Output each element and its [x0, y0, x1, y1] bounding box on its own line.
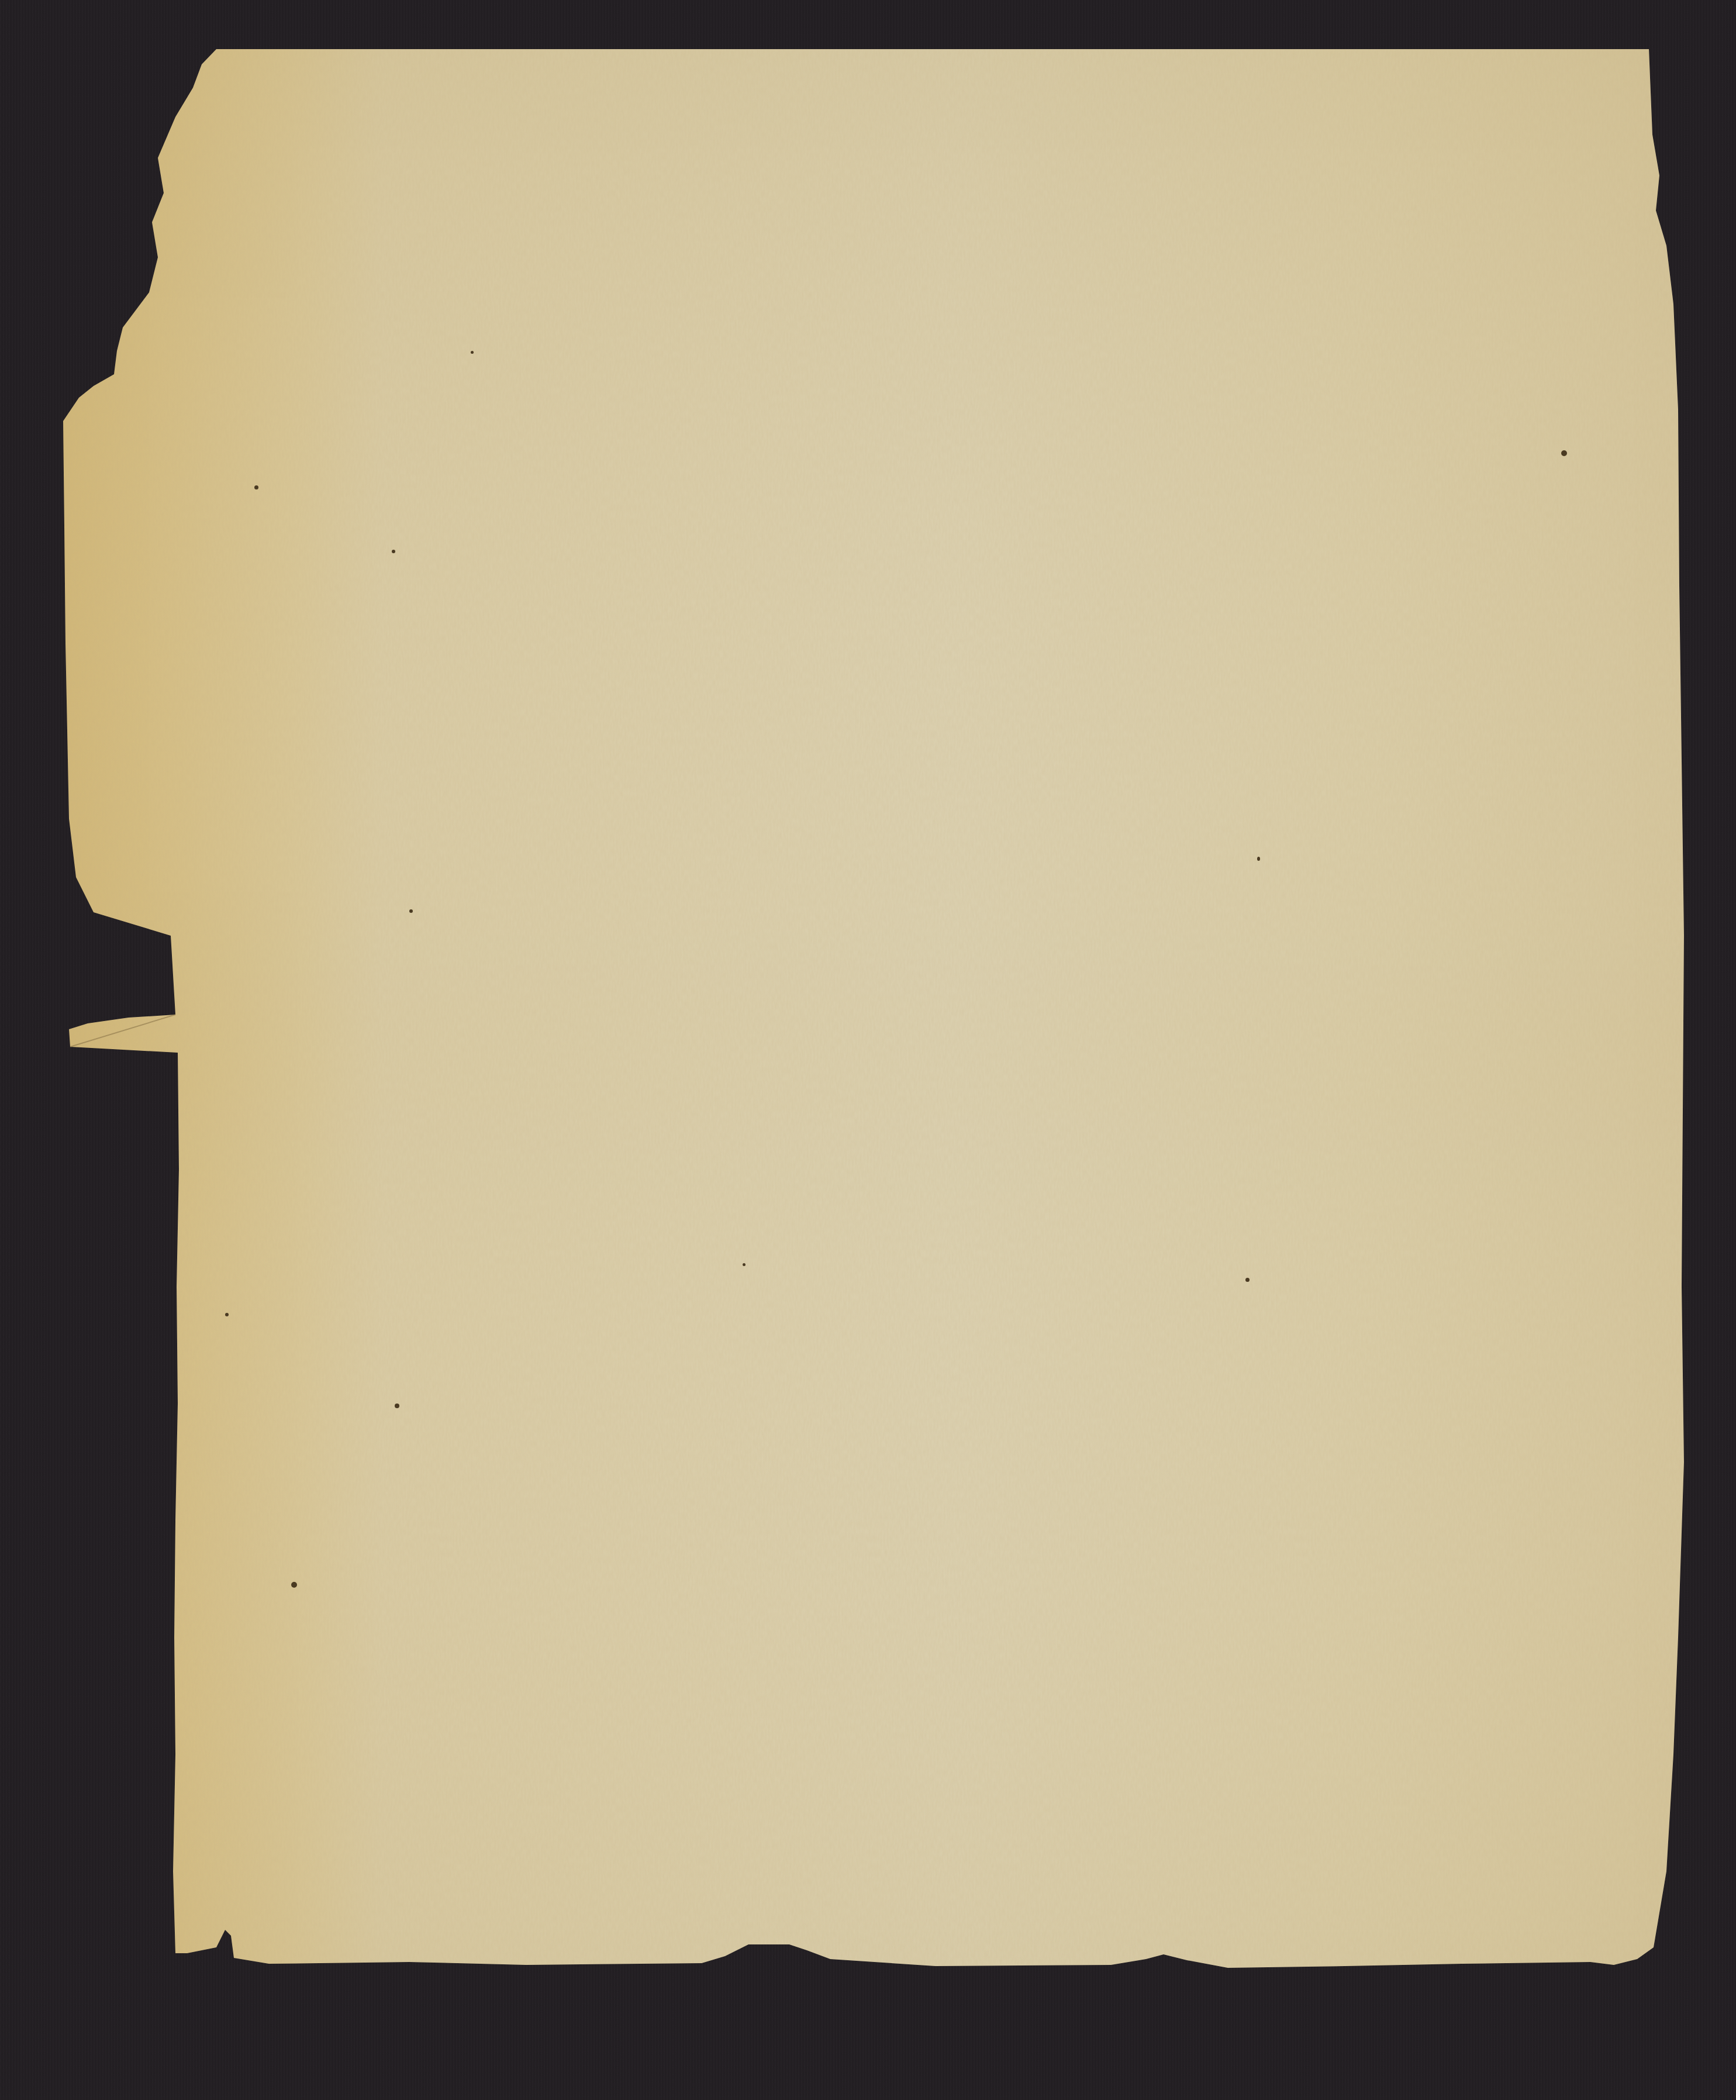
paper-speck [409, 909, 413, 913]
paper-speck [225, 1313, 229, 1316]
paper-speck [392, 550, 395, 553]
paper-speck [471, 351, 474, 354]
paper-speck [395, 1404, 399, 1408]
paper-speck [1257, 857, 1260, 861]
paper-speck [254, 485, 258, 489]
paper-speck [291, 1582, 297, 1588]
paper-speck [743, 1263, 746, 1266]
paper-sheet [0, 0, 1736, 2100]
paper-speck [1561, 450, 1567, 456]
paper-speck [1245, 1278, 1250, 1282]
